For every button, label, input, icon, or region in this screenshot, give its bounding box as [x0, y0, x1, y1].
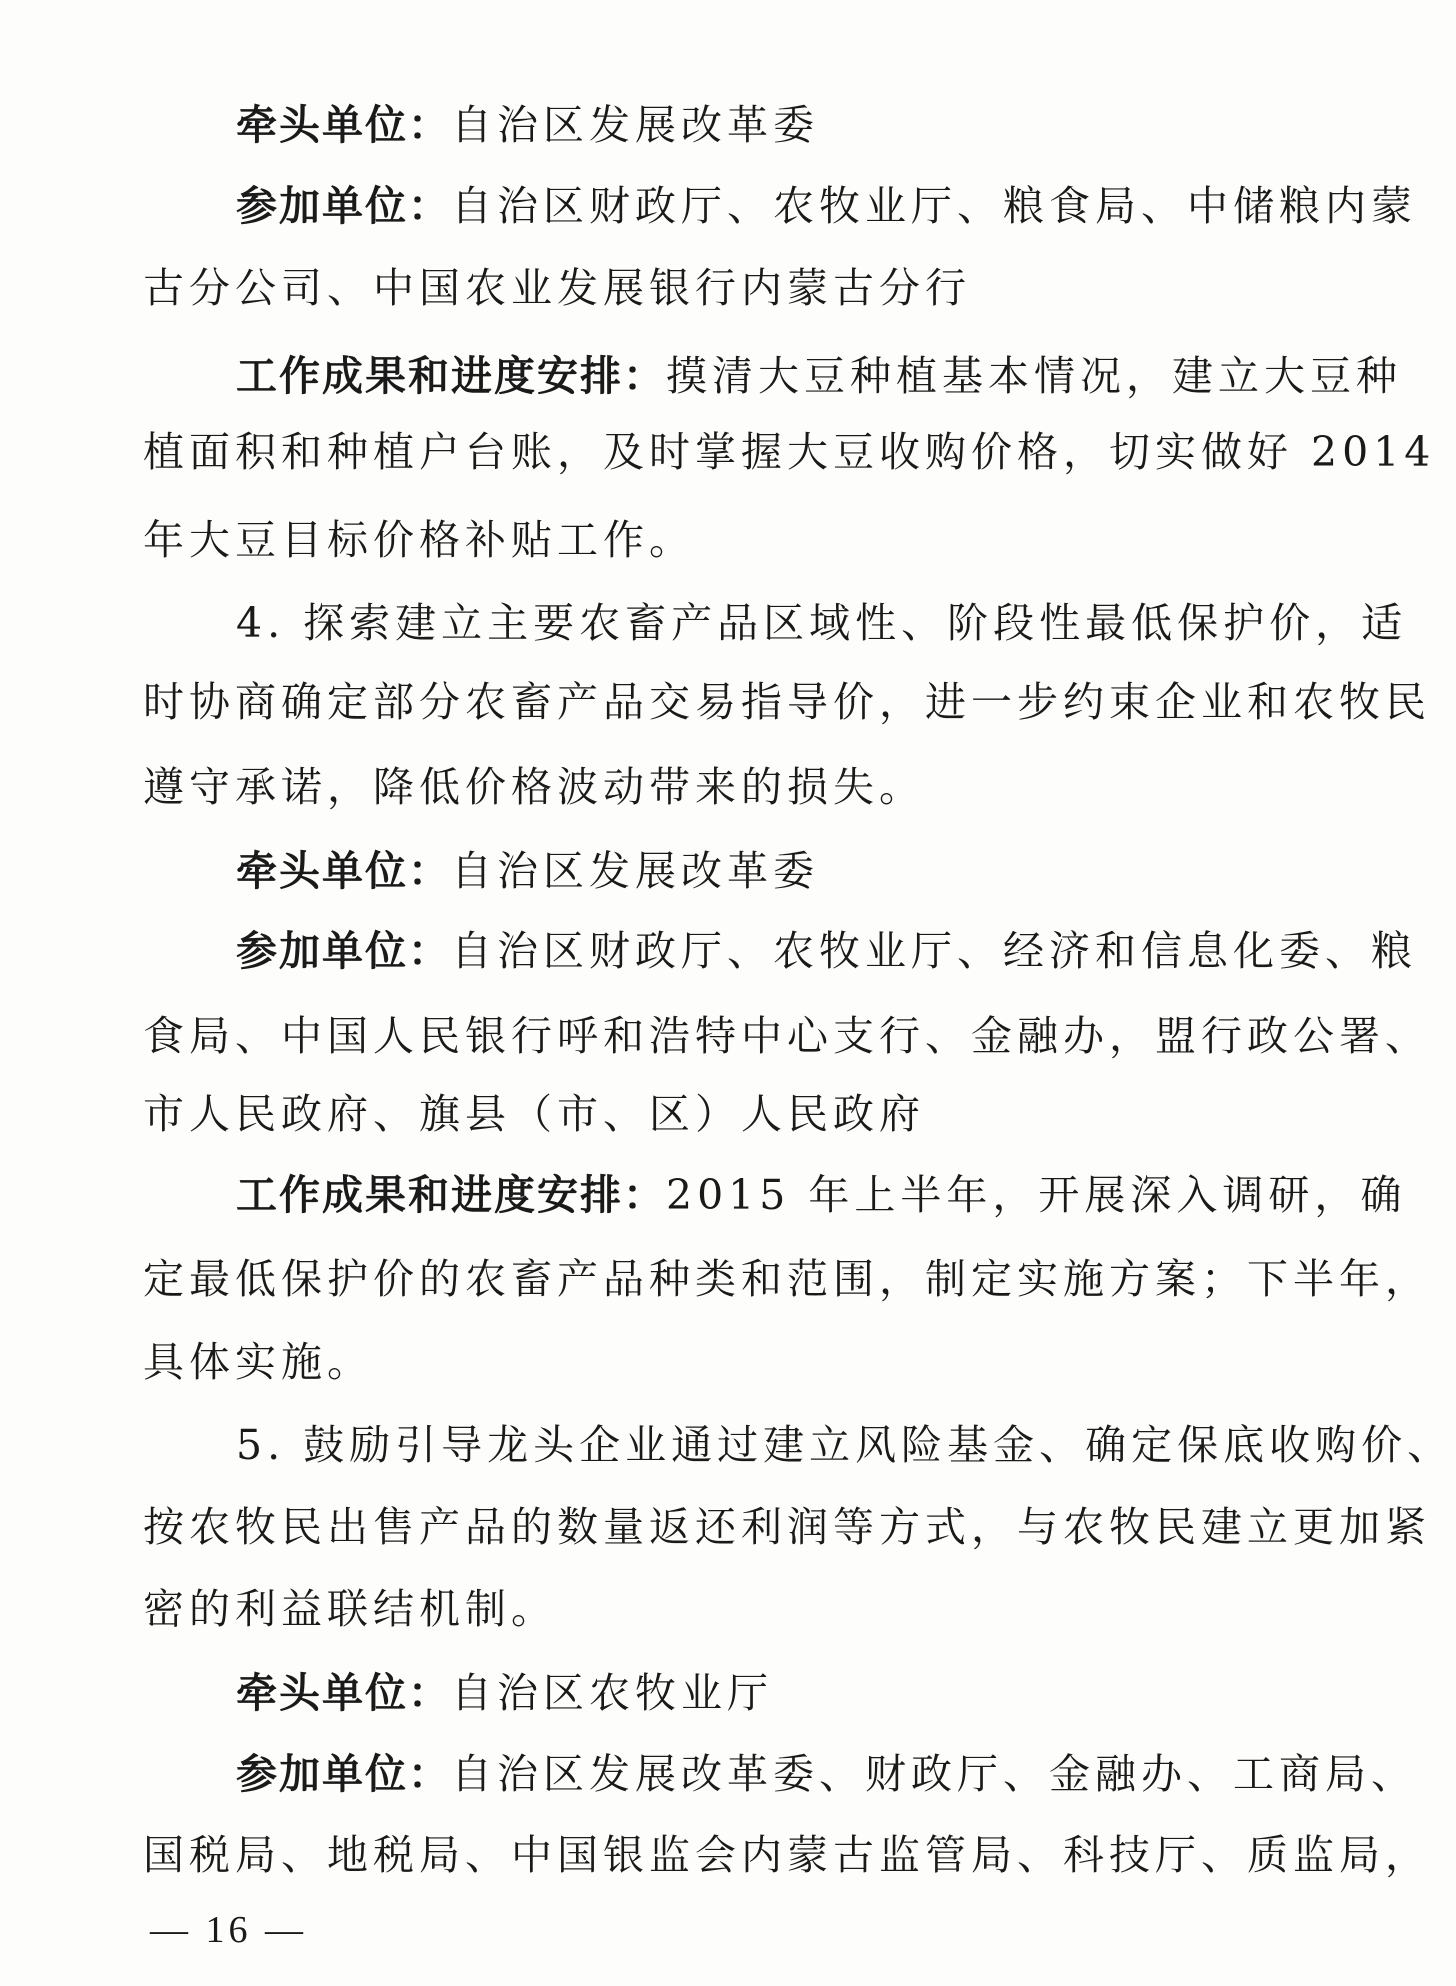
- lead-unit-line: 牵头单位：自治区农牧业厅: [236, 1668, 1335, 1718]
- text-line: 年大豆目标价格补贴工作。: [143, 515, 1335, 565]
- text: 自治区发展改革委: [451, 847, 819, 895]
- lead-unit-line: 牵头单位：自治区发展改革委: [236, 846, 1335, 896]
- participating-unit-line: 参加单位：自治区财政厅、农牧业厅、粮食局、中储粮内蒙: [236, 181, 1335, 231]
- label: 参加单位：: [236, 182, 451, 230]
- text-line: 植面积和种植户台账，及时掌握大豆收购价格，切实做好 2014: [143, 427, 1335, 477]
- text-line: 食局、中国人民银行呼和浩特中心支行、金融办，盟行政公署、: [143, 1011, 1335, 1061]
- label: 工作成果和进度安排：: [236, 352, 666, 400]
- text-line: 定最低保护价的农畜产品种类和范围，制定实施方案；下半年，: [143, 1254, 1335, 1304]
- schedule-line: 工作成果和进度安排：摸清大豆种植基本情况，建立大豆种: [236, 351, 1335, 401]
- text: 自治区财政厅、农牧业厅、粮食局、中储粮内蒙: [451, 182, 1417, 230]
- label: 工作成果和进度安排：: [236, 1171, 666, 1219]
- text-line: 时协商确定部分农畜产品交易指导价，进一步约束企业和农牧民: [143, 677, 1335, 727]
- text-line: 古分公司、中国农业发展银行内蒙古分行: [143, 263, 1335, 313]
- text: 摸清大豆种植基本情况，建立大豆种: [666, 352, 1402, 400]
- schedule-line: 工作成果和进度安排：2015 年上半年，开展深入调研，确: [236, 1170, 1335, 1220]
- page-number: — 16 —: [150, 1908, 307, 1952]
- label: 牵头单位：: [236, 1669, 451, 1717]
- text: 自治区农牧业厅: [451, 1669, 773, 1717]
- label: 参加单位：: [236, 927, 451, 975]
- text: 自治区财政厅、农牧业厅、经济和信息化委、粮: [451, 927, 1417, 975]
- lead-unit-line: 牵头单位：自治区发展改革委: [236, 100, 1335, 150]
- text: 2015 年上半年，开展深入调研，确: [666, 1171, 1406, 1219]
- text: 自治区发展改革委: [451, 101, 819, 149]
- participating-unit-line: 参加单位：自治区财政厅、农牧业厅、经济和信息化委、粮: [236, 926, 1335, 976]
- text-line: 具体实施。: [143, 1337, 1335, 1387]
- text-line: 按农牧民出售产品的数量返还利润等方式，与农牧民建立更加紧: [143, 1502, 1335, 1552]
- item-4-heading: 4. 探索建立主要农畜产品区域性、阶段性最低保护价，适: [236, 598, 1335, 648]
- label: 牵头单位：: [236, 101, 451, 149]
- text-line: 国税局、地税局、中国银监会内蒙古监管局、科技厅、质监局，: [143, 1830, 1335, 1880]
- text-line: 密的利益联结机制。: [143, 1584, 1335, 1634]
- text-line: 市人民政府、旗县（市、区）人民政府: [143, 1089, 1335, 1139]
- item-5-heading: 5. 鼓励引导龙头企业通过建立风险基金、确定保底收购价、: [236, 1420, 1335, 1470]
- text: 自治区发展改革委、财政厅、金融办、工商局、: [451, 1750, 1417, 1798]
- participating-unit-line: 参加单位：自治区发展改革委、财政厅、金融办、工商局、: [236, 1749, 1335, 1799]
- label: 参加单位：: [236, 1750, 451, 1798]
- label: 牵头单位：: [236, 847, 451, 895]
- text-line: 遵守承诺，降低价格波动带来的损失。: [143, 762, 1335, 812]
